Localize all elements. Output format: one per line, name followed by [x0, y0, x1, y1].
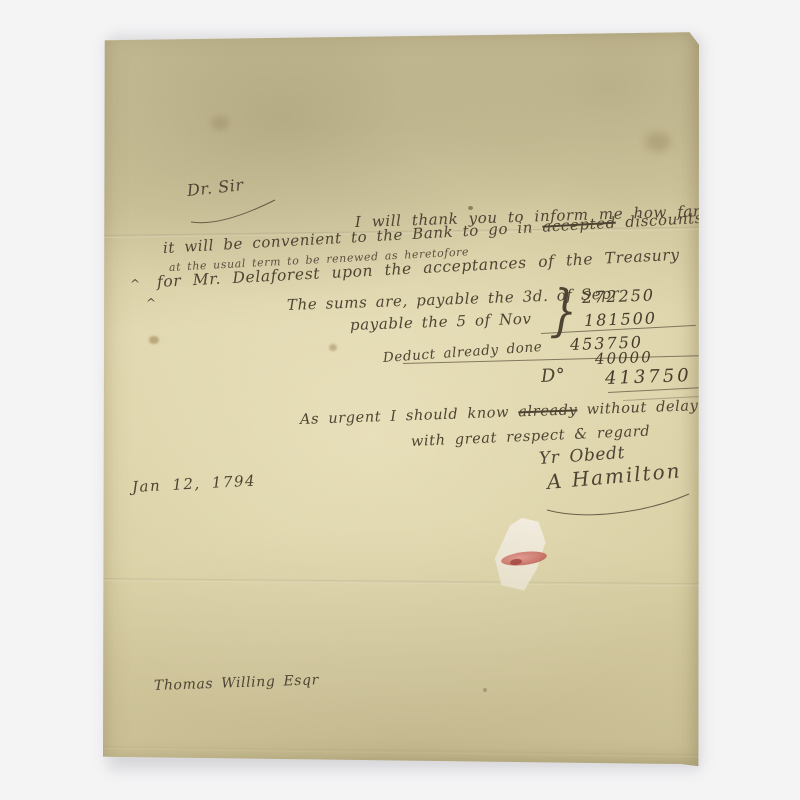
sums-line-2: payable the 5 of Nov [350, 310, 532, 334]
stain-smudge [645, 132, 671, 152]
amount-september: 272250 [582, 285, 656, 307]
salutation: Dr. Sir [186, 175, 245, 200]
ink-fleck [483, 688, 487, 692]
urgency-end: without delay [586, 398, 698, 418]
signature-flourish [543, 488, 693, 518]
addressee-line: Thomas Willing Esqr [154, 672, 319, 694]
date-line: Jan 12, 1794 [132, 472, 257, 496]
fold-crease-bottom [103, 746, 699, 757]
fold-crease-lower [103, 578, 699, 586]
insertion-caret: ^ [130, 277, 140, 291]
letter-photograph: Dr. Sir I will thank you to inform me ho… [0, 0, 800, 800]
insertion-caret: ^ [146, 296, 156, 310]
struck-out-word: already [518, 402, 578, 420]
manuscript-paper: Dr. Sir I will thank you to inform me ho… [103, 30, 699, 767]
ditto-mark: D° [540, 365, 566, 387]
salutation-flourish [189, 198, 277, 226]
urgency-text: As urgent I should know [300, 405, 510, 428]
stain-spot [329, 344, 337, 351]
stain-smudge [211, 116, 229, 130]
stain-spot [149, 336, 159, 344]
struck-out-word: accepted [542, 214, 616, 236]
amount-total: 413750 [605, 365, 692, 389]
